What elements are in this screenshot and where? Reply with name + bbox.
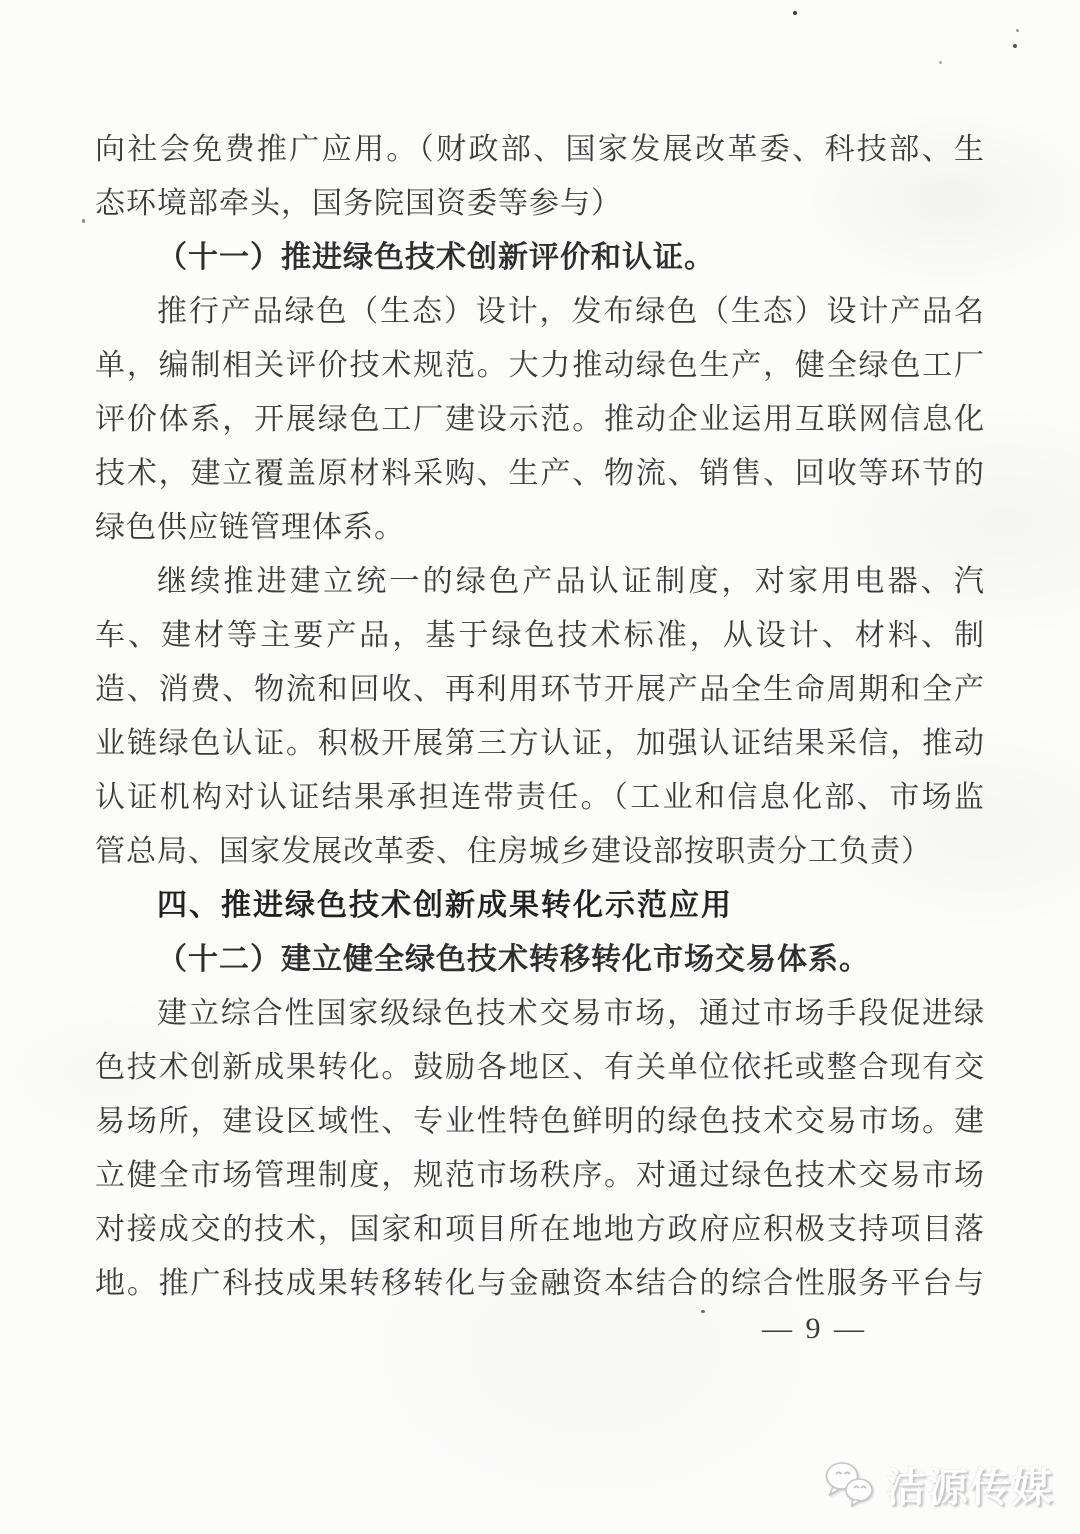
scan-speck: [82, 219, 85, 223]
page-number: — 9 —: [762, 1312, 867, 1346]
document-line: 技术，建立覆盖原材料采购、生产、物流、销售、回收等环节的: [95, 447, 985, 501]
scan-speck: [1016, 29, 1019, 32]
watermark: 洁源传媒: [822, 1456, 1054, 1513]
document-line: 向社会免费推广应用。（财政部、国家发展改革委、科技部、生: [95, 123, 985, 177]
document-line: 建立综合性国家级绿色技术交易市场，通过市场手段促进绿: [95, 987, 985, 1041]
document-line: 造、消费、物流和回收、再利用环节开展产品全生命周期和全产: [95, 663, 985, 717]
document-line: 绿色供应链管理体系。: [95, 501, 985, 555]
scan-speck: [939, 61, 942, 64]
document-line: 车、建材等主要产品，基于绿色技术标准，从设计、材料、制: [95, 609, 985, 663]
document-line: 业链绿色认证。积极开展第三方认证，加强认证结果采信，推动: [95, 717, 985, 771]
document-page: 向社会免费推广应用。（财政部、国家发展改革委、科技部、生态环境部牵头，国务院国资…: [0, 0, 1080, 1534]
document-line: 继续推进建立统一的绿色产品认证制度，对家用电器、汽: [95, 555, 985, 609]
document-body: 向社会免费推广应用。（财政部、国家发展改革委、科技部、生态环境部牵头，国务院国资…: [95, 123, 985, 1311]
wechat-chat-bubbles-icon: [822, 1459, 876, 1511]
scan-speck: [1013, 44, 1017, 48]
document-line: 态环境部牵头，国务院国资委等参与）: [95, 177, 985, 231]
document-line: 色技术创新成果转化。鼓励各地区、有关单位依托或整合现有交: [95, 1041, 985, 1095]
document-line: （十一）推进绿色技术创新评价和认证。: [95, 231, 985, 285]
document-line: 单，编制相关评价技术规范。大力推动绿色生产，健全绿色工厂: [95, 339, 985, 393]
document-line: 地。推广科技成果转移转化与金融资本结合的综合性服务平台与: [95, 1257, 985, 1311]
document-line: 推行产品绿色（生态）设计，发布绿色（生态）设计产品名: [95, 285, 985, 339]
document-line: 易场所，建设区域性、专业性特色鲜明的绿色技术交易市场。建: [95, 1095, 985, 1149]
document-line: （十二）建立健全绿色技术转移转化市场交易体系。: [95, 933, 985, 987]
document-line: 认证机构对认证结果承担连带责任。（工业和信息化部、市场监: [95, 771, 985, 825]
document-line: 四、推进绿色技术创新成果转化示范应用: [95, 879, 985, 933]
document-line: 立健全市场管理制度，规范市场秩序。对通过绿色技术交易市场: [95, 1149, 985, 1203]
watermark-label: 洁源传媒: [886, 1456, 1054, 1513]
scan-speck: [793, 11, 797, 15]
document-line: 评价体系，开展绿色工厂建设示范。推动企业运用互联网信息化: [95, 393, 985, 447]
document-line: 管总局、国家发展改革委、住房城乡建设部按职责分工负责）: [95, 825, 985, 879]
document-line: 对接成交的技术，国家和项目所在地地方政府应积极支持项目落: [95, 1203, 985, 1257]
